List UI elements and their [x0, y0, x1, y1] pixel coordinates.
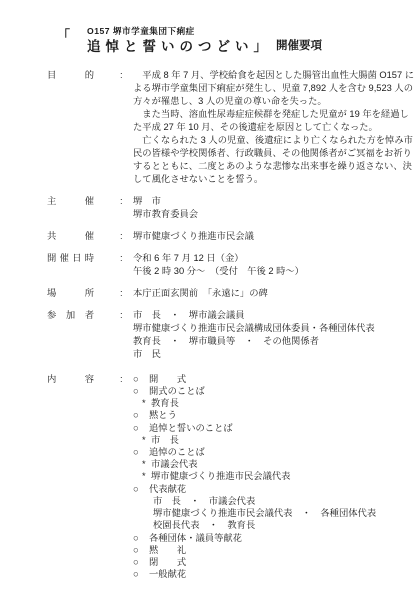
contents-item: ○ 開式のことば: [133, 385, 420, 397]
participants-line: 市 民: [133, 348, 420, 361]
purpose-line: 民の皆様や学校関係者、行政職員、その他関係者がご冥福をお祈り: [133, 147, 420, 160]
circle-bullet-icon: ○: [133, 373, 149, 385]
participants-line: 堺市健康づくり推進市民会議構成団体委員・各種団体代表: [133, 322, 420, 335]
section-purpose-body: 平成 8 年 7 月、学校給食を起因とした腸管出血性大腸菌 O157 に よる堺…: [133, 69, 420, 186]
section-participants: 参加者 : 市 長 ・ 堺市議会議員 堺市健康づくり推進市民会議構成団体委員・各…: [0, 309, 420, 361]
section-participants-body: 市 長 ・ 堺市議会議員 堺市健康づくり推進市民会議構成団体委員・各種団体代表 …: [133, 309, 420, 361]
section-contents: 内容 : ○ 開 式 ○ 開式のことば * 教育長 ○ 黙とう ○ 追悼と誓いの…: [0, 373, 420, 580]
contents-presenter-label: 市 長: [151, 434, 179, 446]
circle-bullet-icon: ○: [133, 422, 149, 434]
contents-item-label: 開 式: [149, 373, 186, 385]
contents-item-label: 追悼のことば: [149, 446, 205, 458]
section-purpose-label: 目的: [47, 69, 94, 186]
participants-line: 教育長 ・ 堺市職員等 ・ その他関係者: [133, 335, 420, 348]
section-participants-colon: :: [120, 309, 133, 361]
section-purpose-colon: :: [120, 69, 133, 186]
title-suffix: 開催要項: [276, 37, 322, 53]
purpose-line: 方々が罹患し、3 人の児童の尊い命を失った。: [133, 95, 420, 108]
contents-detail: 堺市健康づくり推進市民会議代表 ・ 各種団体代表: [133, 507, 420, 519]
section-host-label: 主催: [47, 195, 94, 221]
section-host-colon: :: [120, 195, 133, 221]
section-place-body: 本庁正面玄関前 「永遠に」の碑: [133, 287, 420, 300]
purpose-line: 平成 8 年 7 月、学校給食を起因とした腸管出血性大腸菌 O157 に: [133, 69, 420, 82]
section-contents-body: ○ 開 式 ○ 開式のことば * 教育長 ○ 黙とう ○ 追悼と誓いのことば *: [133, 373, 420, 580]
contents-item: ○ 開 式: [133, 373, 420, 385]
section-cohost-body: 堺市健康づくり推進市民会議: [133, 230, 420, 243]
document-page: 「 O157 堺市学童集団下痢症 追悼と誓いのつどい」 開催要項 目的 : 平成…: [0, 0, 420, 594]
contents-presenter: * 市 長: [133, 434, 420, 446]
contents-detail-label: 堺市健康づくり推進市民会議代表 ・ 各種団体代表: [153, 507, 376, 519]
contents-detail-label: 校園長代表 ・ 教育長: [153, 519, 255, 531]
document-title: 「 O157 堺市学童集団下痢症 追悼と誓いのつどい」 開催要項: [57, 26, 420, 56]
purpose-line: して風化させないことを誓う。: [133, 173, 420, 186]
section-datetime-colon: :: [120, 252, 133, 278]
contents-item-label: 各種団体・議員等献花: [149, 532, 242, 544]
circle-bullet-icon: ○: [133, 385, 149, 397]
datetime-line: 令和 6 年 7 月 12 日（金）: [133, 252, 420, 265]
contents-item-label: 一般献花: [149, 568, 186, 580]
section-datetime-body: 令和 6 年 7 月 12 日（金） 午後 2 時 30 分～ （受付 午後 2…: [133, 252, 420, 278]
section-place-label: 場所: [47, 287, 94, 300]
circle-bullet-icon: ○: [133, 446, 149, 458]
contents-item-label: 代表献花: [149, 483, 186, 495]
purpose-line: よる堺市学童集団下痢症が発生し、児童 7,892 人を含む 9,523 人の: [133, 82, 420, 95]
circle-bullet-icon: ○: [133, 409, 149, 421]
title-open-bracket: 「: [57, 26, 70, 42]
contents-item-label: 閉 式: [149, 556, 186, 568]
contents-detail: 市 長 ・ 市議会代表: [133, 495, 420, 507]
section-datetime: 開催日時 : 令和 6 年 7 月 12 日（金） 午後 2 時 30 分～ （…: [0, 252, 420, 278]
asterisk-bullet-icon: *: [142, 434, 151, 446]
contents-presenter-label: 堺市健康づくり推進市民会議代表: [151, 470, 290, 482]
contents-item: ○ 黙 礼: [133, 544, 420, 556]
purpose-line: また当時、溶血性尿毒症症候群を発症した児童が 19 年を経過し: [133, 108, 420, 121]
section-cohost: 共催 : 堺市健康づくり推進市民会議: [0, 230, 420, 243]
contents-item: ○ 追悼のことば: [133, 446, 420, 458]
contents-item-label: 開式のことば: [149, 385, 205, 397]
contents-item: ○ 黙とう: [133, 409, 420, 421]
circle-bullet-icon: ○: [133, 532, 149, 544]
section-place-colon: :: [120, 287, 133, 300]
section-contents-label: 内容: [47, 373, 94, 580]
host-line: 堺 市: [133, 195, 420, 208]
contents-presenter: * 堺市健康づくり推進市民会議代表: [133, 470, 420, 482]
section-contents-colon: :: [120, 373, 133, 580]
contents-item: ○ 閉 式: [133, 556, 420, 568]
section-datetime-label: 開催日時: [47, 252, 94, 278]
asterisk-bullet-icon: *: [142, 470, 151, 482]
section-purpose: 目的 : 平成 8 年 7 月、学校給食を起因とした腸管出血性大腸菌 O157 …: [0, 69, 420, 186]
section-cohost-label: 共催: [47, 230, 94, 243]
contents-item: ○ 代表献花: [133, 483, 420, 495]
contents-item-label: 追悼と誓いのことば: [149, 422, 233, 434]
section-cohost-colon: :: [120, 230, 133, 243]
contents-item: ○ 一般献花: [133, 568, 420, 580]
participants-line: 市 長 ・ 堺市議会議員: [133, 309, 420, 322]
circle-bullet-icon: ○: [133, 544, 149, 556]
asterisk-bullet-icon: *: [142, 458, 151, 470]
section-host: 主催 : 堺 市 堺市教育委員会: [0, 195, 420, 221]
title-center: O157 堺市学童集団下痢症 追悼と誓いのつどい」: [87, 26, 272, 56]
title-main: 追悼と誓いのつどい」: [87, 38, 272, 56]
circle-bullet-icon: ○: [133, 483, 149, 495]
section-place: 場所 : 本庁正面玄関前 「永遠に」の碑: [0, 287, 420, 300]
contents-item-label: 黙とう: [149, 409, 177, 421]
contents-presenter-label: 教育長: [151, 397, 179, 409]
contents-item: ○ 追悼と誓いのことば: [133, 422, 420, 434]
host-line: 堺市教育委員会: [133, 208, 420, 221]
contents-presenter: * 市議会代表: [133, 458, 420, 470]
title-subtitle: O157 堺市学童集団下痢症: [87, 26, 272, 36]
contents-detail-label: 市 長 ・ 市議会代表: [153, 495, 255, 507]
contents-presenter: * 教育長: [133, 397, 420, 409]
purpose-line: するとともに、二度とあのような悲惨な出来事を繰り返さない、決: [133, 160, 420, 173]
contents-detail: 校園長代表 ・ 教育長: [133, 519, 420, 531]
contents-item: ○ 各種団体・議員等献花: [133, 532, 420, 544]
circle-bullet-icon: ○: [133, 568, 149, 580]
contents-presenter-label: 市議会代表: [151, 458, 198, 470]
place-line: 本庁正面玄関前 「永遠に」の碑: [133, 287, 420, 300]
datetime-line: 午後 2 時 30 分～ （受付 午後 2 時～）: [133, 265, 420, 278]
cohost-line: 堺市健康づくり推進市民会議: [133, 230, 420, 243]
asterisk-bullet-icon: *: [142, 397, 151, 409]
contents-item-label: 黙 礼: [149, 544, 186, 556]
purpose-line: た平成 27 年 10 月、その後遺症を原因として亡くなった。: [133, 121, 420, 134]
section-host-body: 堺 市 堺市教育委員会: [133, 195, 420, 221]
section-participants-label: 参加者: [47, 309, 94, 361]
circle-bullet-icon: ○: [133, 556, 149, 568]
purpose-line: 亡くなられた 3 人の児童、後遺症により亡くなられた方を悼み市: [133, 134, 420, 147]
